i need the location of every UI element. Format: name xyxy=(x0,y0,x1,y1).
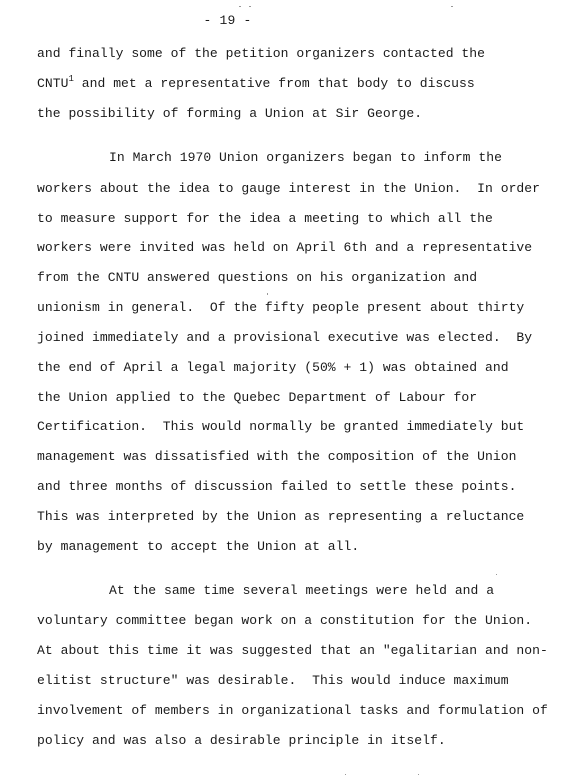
text-line: the Union applied to the Quebec Departme… xyxy=(37,389,477,407)
text-line: voluntary committee began work on a cons… xyxy=(37,612,532,630)
organization-acronym: CNTU xyxy=(37,76,68,91)
scan-speck xyxy=(451,6,453,7)
text-line: and finally some of the petition organiz… xyxy=(37,45,485,63)
text-line: by management to accept the Union at all… xyxy=(37,538,359,556)
page-number: - 19 - xyxy=(0,12,455,30)
scan-speck xyxy=(249,6,251,7)
scan-speck xyxy=(239,6,241,7)
text-line: from the CNTU answered questions on his … xyxy=(37,269,477,287)
text-line: the end of April a legal majority (50% +… xyxy=(37,359,509,377)
text-line: At the same time several meetings were h… xyxy=(109,582,494,600)
text-line: Certification. This would normally be gr… xyxy=(37,418,524,436)
text-line: policy and was also a desirable principl… xyxy=(37,732,446,750)
text-line: to measure support for the idea a meetin… xyxy=(37,210,493,228)
text-line: involvement of members in organizational… xyxy=(37,702,548,720)
text-line: workers were invited was held on April 6… xyxy=(37,239,532,257)
text-line: workers about the idea to gauge interest… xyxy=(37,180,540,198)
scan-speck xyxy=(345,774,346,775)
text-line-rest: and met a representative from that body … xyxy=(74,76,475,91)
text-line: management was dissatisfied with the com… xyxy=(37,448,516,466)
scan-speck xyxy=(496,574,497,575)
scan-speck xyxy=(267,293,268,295)
text-line: unionism in general. Of the fifty people… xyxy=(37,299,524,317)
text-line: the possibility of forming a Union at Si… xyxy=(37,105,422,123)
text-line: joined immediately and a provisional exe… xyxy=(37,329,532,347)
footnote-marker: 1 xyxy=(68,74,73,84)
text-line: At about this time it was suggested that… xyxy=(37,642,548,660)
text-line: and three months of discussion failed to… xyxy=(37,478,516,496)
text-line: CNTU1 and met a representative from that… xyxy=(37,75,475,93)
text-line: elitist structure" was desirable. This w… xyxy=(37,672,509,690)
text-line: In March 1970 Union organizers began to … xyxy=(109,149,502,167)
scan-speck xyxy=(418,774,419,775)
text-line: This was interpreted by the Union as rep… xyxy=(37,508,524,526)
